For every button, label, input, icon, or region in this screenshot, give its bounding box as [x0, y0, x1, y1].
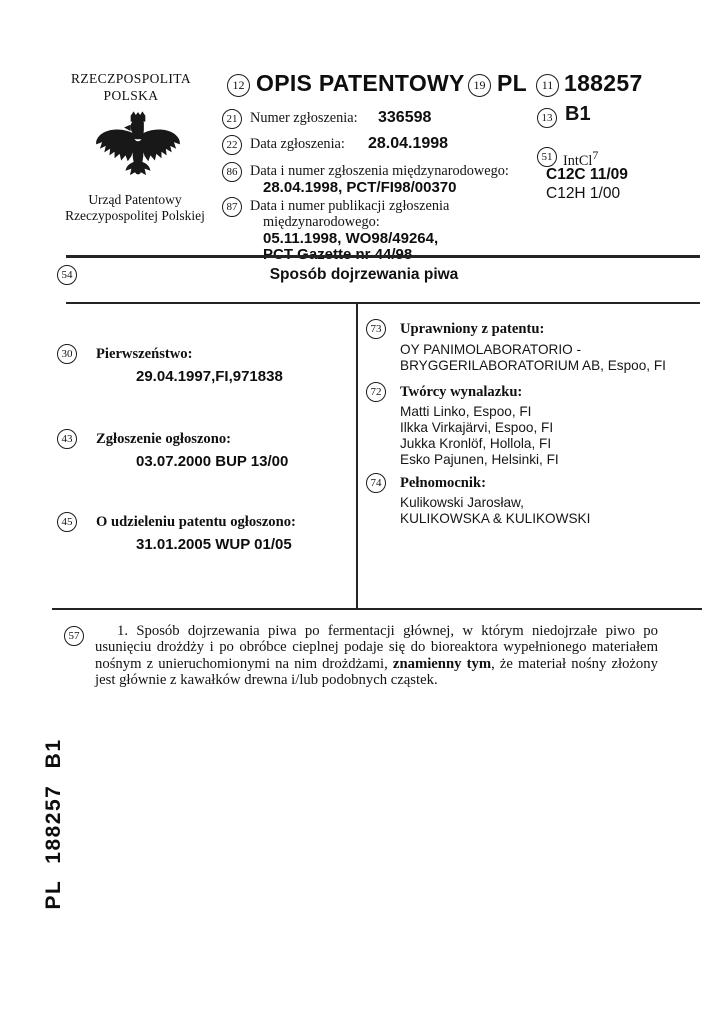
divider-above-abstract [52, 608, 702, 610]
country-name: RZECZPOSPOLITA POLSKA [56, 70, 206, 104]
attorney-line2: KULIKOWSKA & KULIKOWSKI [400, 511, 590, 526]
vertical-patent-id: PL 188257 B1 [42, 738, 66, 909]
inid-code-73: 73 [366, 319, 386, 339]
eagle-left-wing [96, 129, 136, 161]
publication-value: 03.07.2000 BUP 13/00 [136, 453, 288, 470]
abstract-claim-text: 1. Sposób dojrzewania piwa po fermentacj… [95, 623, 658, 689]
filing-date-value: 28.04.1998 [368, 135, 448, 153]
column-divider [356, 303, 358, 609]
intl-filing-value: 28.04.1998, PCT/FI98/00370 [263, 179, 456, 196]
inid-code-87: 87 [222, 197, 242, 217]
kind-code: B1 [565, 103, 591, 126]
priority-value: 29.04.1997,FI,971838 [136, 368, 283, 385]
filing-date-label: Data zgłoszenia: [250, 136, 345, 153]
claim-text-characterized-by: znamienny tym [393, 656, 491, 672]
ipc-class-2: C12H 1/00 [546, 185, 620, 203]
attorney-label: Pełnomocnik: [400, 475, 486, 492]
inid-code-30: 30 [57, 344, 77, 364]
document-type-title: OPIS PATENTOWY [256, 70, 465, 97]
proprietor-line1: OY PANIMOLABORATORIO - [400, 342, 581, 357]
grant-announcement-value: 31.01.2005 WUP 01/05 [136, 536, 292, 553]
intl-publication-label-line2: międzynarodowego: [263, 214, 380, 231]
inid-code-19: 19 [468, 74, 491, 97]
inid-code-21: 21 [222, 109, 242, 129]
inid-code-22: 22 [222, 135, 242, 155]
inid-code-43: 43 [57, 429, 77, 449]
country-name-line2: POLSKA [56, 87, 206, 104]
inid-code-11: 11 [536, 74, 559, 97]
inid-code-74: 74 [366, 473, 386, 493]
country-code: PL [497, 70, 527, 97]
ipc-class-1: C12C 11/09 [546, 166, 628, 184]
inventor-4: Esko Pajunen, Helsinki, FI [400, 452, 559, 467]
country-name-line1: RZECZPOSPOLITA [56, 70, 206, 87]
divider-below-title [66, 302, 700, 304]
application-number-value: 336598 [378, 109, 431, 127]
patent-office-line2: Rzeczypospolitej Polskiej [40, 208, 230, 224]
inid-code-72: 72 [366, 382, 386, 402]
intl-publication-label-line1: Data i numer publikacji zgłoszenia [250, 198, 449, 215]
polish-eagle-emblem [94, 109, 182, 190]
inventors-label: Twórcy wynalazku: [400, 384, 522, 401]
intl-filing-label: Data i numer zgłoszenia międzynarodowego… [250, 163, 509, 180]
inventor-2: Ilkka Virkajärvi, Espoo, FI [400, 420, 553, 435]
patent-office-name: Urząd Patentowy Rzeczypospolitej Polskie… [40, 192, 230, 224]
ipc-edition-sup: 7 [592, 148, 598, 162]
patent-number: 188257 [564, 70, 643, 97]
proprietor-label: Uprawniony z patentu: [400, 321, 544, 338]
eagle-beak [124, 125, 131, 132]
inid-code-13: 13 [537, 108, 557, 128]
invention-title: Sposób dojrzewania piwa [62, 266, 666, 284]
proprietor-line2: BRYGGERILABORATORIUM AB, Espoo, FI [400, 358, 666, 373]
inid-code-45: 45 [57, 512, 77, 532]
inventor-1: Matti Linko, Espoo, FI [400, 404, 531, 419]
divider-above-title [66, 255, 700, 258]
eagle-right-wing [140, 129, 180, 161]
inid-code-86: 86 [222, 162, 242, 182]
inid-code-57: 57 [64, 626, 84, 646]
inid-code-51: 51 [537, 147, 557, 167]
inventor-3: Jukka Kronlöf, Hollola, FI [400, 436, 551, 451]
attorney-line1: Kulikowski Jarosław, [400, 495, 524, 510]
application-number-label: Numer zgłoszenia: [250, 110, 358, 127]
patent-office-line1: Urząd Patentowy [40, 192, 230, 208]
priority-label: Pierwszeństwo: [96, 346, 192, 363]
grant-announcement-label: O udzieleniu patentu ogłoszono: [96, 514, 296, 531]
inid-code-12: 12 [227, 74, 250, 97]
publication-label: Zgłoszenie ogłoszono: [96, 431, 231, 448]
intl-publication-value-line1: 05.11.1998, WO98/49264, [263, 230, 438, 247]
patent-document-page: RZECZPOSPOLITA POLSKA Urząd Patentowy Rz… [0, 0, 724, 1024]
